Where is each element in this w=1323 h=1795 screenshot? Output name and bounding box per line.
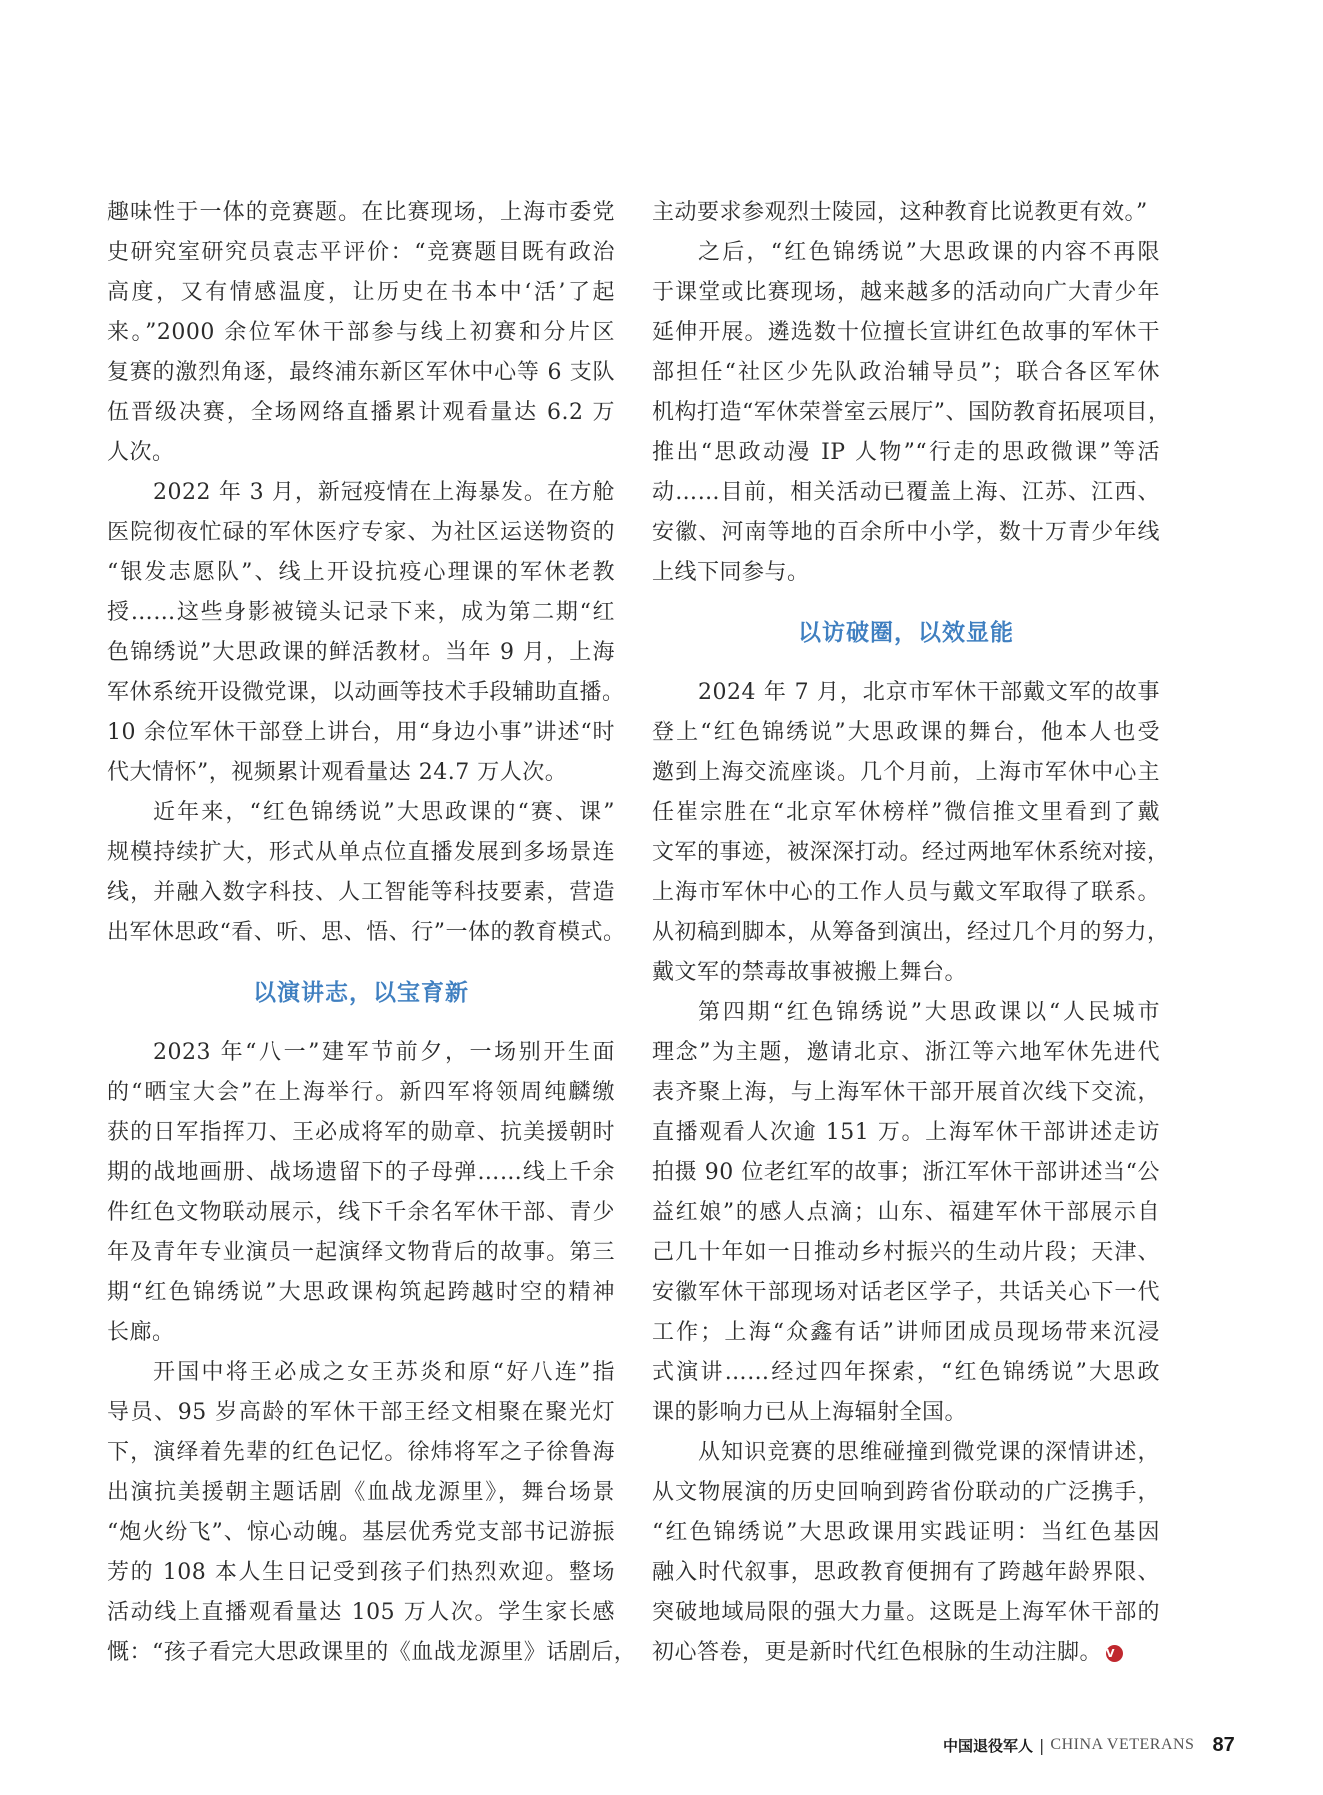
paragraph: 2022 年 3 月，新冠疫情在上海暴发。在方舱 医院彻夜忙碌的军休医疗专家、为… (107, 473, 615, 793)
text-line: 芳的 108 本人生日记受到孩子们热烈欢迎。整场 (107, 1553, 615, 1593)
paragraph: 第四期“红色锦绣说”大思政课以“人民城市 理念”为主题，邀请北京、浙江等六地军休… (652, 993, 1160, 1433)
section-heading: 以演讲志，以宝育新 (107, 973, 615, 1013)
text-line: 安徽军休干部现场对话老区学子，共话关心下一代 (652, 1273, 1160, 1313)
paragraph: 之后，“红色锦绣说”大思政课的内容不再限 于课堂或比赛现场，越来越多的活动向广大… (652, 233, 1160, 593)
text-line: 导员、95 岁高龄的军休干部王经文相聚在聚光灯 (107, 1393, 615, 1433)
text-line: “银发志愿队”、线上开设抗疫心理课的军休老教 (107, 553, 615, 593)
text-line: 规模持续扩大，形式从单点位直播发展到多场景连 (107, 833, 615, 873)
text-line: 医院彻夜忙碌的军休医疗专家、为社区运送物资的 (107, 513, 615, 553)
text-line: 上线下同参与。 (652, 553, 1160, 593)
text-line: 安徽、河南等地的百余所中小学，数十万青少年线 (652, 513, 1160, 553)
text-line: 年及青年专业演员一起演绎文物背后的故事。第三 (107, 1233, 615, 1273)
text-line: 初心答卷，更是新时代红色根脉的生动注脚。V (652, 1633, 1160, 1673)
text-line: 出军休思政“看、听、思、悟、行”一体的教育模式。 (107, 913, 615, 953)
text-line: 线，并融入数字科技、人工智能等科技要素，营造 (107, 873, 615, 913)
text-line: 延伸开展。遴选数十位擅长宣讲红色故事的军休干 (652, 313, 1160, 353)
magazine-title-cn: 中国退役军人 (943, 1735, 1033, 1756)
text-line: 从初稿到脚本，从筹备到演出，经过几个月的努力， (652, 913, 1160, 953)
text-line: 来。”2000 余位军休干部参与线上初赛和分片区 (107, 313, 615, 353)
text-line: 从文物展演的历史回响到跨省份联动的广泛携手， (652, 1473, 1160, 1513)
text-line: 复赛的激烈角逐，最终浦东新区军休中心等 6 支队 (107, 353, 615, 393)
page-number: 87 (1212, 1734, 1234, 1757)
text-line: 开国中将王必成之女王苏炎和原“好八连”指 (107, 1353, 615, 1393)
text-line: 于课堂或比赛现场，越来越多的活动向广大青少年 (652, 273, 1160, 313)
text-line: 拍摄 90 位老红军的故事；浙江军休干部讲述当“公 (652, 1153, 1160, 1193)
text-line: 动……目前，相关活动已覆盖上海、江苏、江西、 (652, 473, 1160, 513)
text-line: 伍晋级决赛，全场网络直播累计观看量达 6.2 万 (107, 393, 615, 433)
end-mark-icon: V (1106, 1645, 1123, 1662)
text-line: 工作；上海“众鑫有话”讲师团成员现场带来沉浸 (652, 1313, 1160, 1353)
section-heading: 以访破圈，以效显能 (652, 613, 1160, 653)
paragraph: 开国中将王必成之女王苏炎和原“好八连”指 导员、95 岁高龄的军休干部王经文相聚… (107, 1353, 615, 1673)
paragraph: 从知识竞赛的思维碰撞到微党课的深情讲述， 从文物展演的历史回响到跨省份联动的广泛… (652, 1433, 1160, 1673)
text-line: 理念”为主题，邀请北京、浙江等六地军休先进代 (652, 1033, 1160, 1073)
text-line: 获的日军指挥刀、王必成将军的勋章、抗美援朝时 (107, 1113, 615, 1153)
text-line: 机构打造“军休荣誉室云展厅”、国防教育拓展项目， (652, 393, 1160, 433)
text-line: 2022 年 3 月，新冠疫情在上海暴发。在方舱 (107, 473, 615, 513)
text-line: 登上“红色锦绣说”大思政课的舞台，他本人也受 (652, 713, 1160, 753)
text-line: “炮火纷飞”、惊心动魄。基层优秀党支部书记游振 (107, 1513, 615, 1553)
text-line: 期的战地画册、战场遗留下的子母弹……线上千余 (107, 1153, 615, 1193)
paragraph: 2023 年“八一”建军节前夕，一场别开生面 的“晒宝大会”在上海举行。新四军将… (107, 1033, 615, 1353)
text-line: 直播观看人次逾 151 万。上海军休干部讲述走访 (652, 1113, 1160, 1153)
text-line: 下，演绎着先辈的红色记忆。徐炜将军之子徐鲁海 (107, 1433, 615, 1473)
text-line: 益红娘”的感人点滴；山东、福建军休干部展示自 (652, 1193, 1160, 1233)
text-line: 的“晒宝大会”在上海举行。新四军将领周纯麟缴 (107, 1073, 615, 1113)
text-line: 推出“思政动漫 IP 人物”“行走的思政微课”等活 (652, 433, 1160, 473)
right-column: 主动要求参观烈士陵园，这种教育比说教更有效。” 之后，“红色锦绣说”大思政课的内… (652, 193, 1160, 1673)
text-line: 突破地域局限的强大力量。这既是上海军休干部的 (652, 1593, 1160, 1633)
text-line: 趣味性于一体的竞赛题。在比赛现场，上海市委党 (107, 193, 615, 233)
text-line: 2023 年“八一”建军节前夕，一场别开生面 (107, 1033, 615, 1073)
text-line: 代大情怀”，视频累计观看量达 24.7 万人次。 (107, 753, 615, 793)
text-line: 军休系统开设微党课，以动画等技术手段辅助直播。 (107, 673, 615, 713)
text-line: “红色锦绣说”大思政课用实践证明：当红色基因 (652, 1513, 1160, 1553)
page-footer: 中国退役军人 | CHINA VETERANS 87 (943, 1730, 1235, 1760)
text-line: 融入时代叙事，思政教育便拥有了跨越年龄界限、 (652, 1553, 1160, 1593)
text-line: 戴文军的禁毒故事被搬上舞台。 (652, 953, 1160, 993)
text-line: 活动线上直播观看量达 105 万人次。学生家长感 (107, 1593, 615, 1633)
paragraph: 主动要求参观烈士陵园，这种教育比说教更有效。” (652, 193, 1160, 233)
text-line: 任崔宗胜在“北京军休榜样”微信推文里看到了戴 (652, 793, 1160, 833)
text-line: 文军的事迹，被深深打动。经过两地军休系统对接， (652, 833, 1160, 873)
text-line: 期“红色锦绣说”大思政课构筑起跨越时空的精神 (107, 1273, 615, 1313)
text-line: 10 余位军休干部登上讲台，用“身边小事”讲述“时 (107, 713, 615, 753)
text-line: 史研究室研究员袁志平评价：“竞赛题目既有政治 (107, 233, 615, 273)
text-line: 慨：“孩子看完大思政课里的《血战龙源里》话剧后， (107, 1633, 615, 1673)
text-line: 近年来，“红色锦绣说”大思政课的“赛、课” (107, 793, 615, 833)
text-line: 人次。 (107, 433, 615, 473)
text-line: 色锦绣说”大思政课的鲜活教材。当年 9 月，上海 (107, 633, 615, 673)
text-line: 出演抗美援朝主题话剧《血战龙源里》，舞台场景 (107, 1473, 615, 1513)
text-line: 2024 年 7 月，北京市军休干部戴文军的故事 (652, 673, 1160, 713)
text-line: 第四期“红色锦绣说”大思政课以“人民城市 (652, 993, 1160, 1033)
text-line: 己几十年如一日推动乡村振兴的生动片段；天津、 (652, 1233, 1160, 1273)
text-line: 授……这些身影被镜头记录下来，成为第二期“红 (107, 593, 615, 633)
left-column: 趣味性于一体的竞赛题。在比赛现场，上海市委党 史研究室研究员袁志平评价：“竞赛题… (107, 193, 615, 1673)
text-line: 件红色文物联动展示，线下千余名军休干部、青少 (107, 1193, 615, 1233)
text-line: 式演讲……经过四年探索，“红色锦绣说”大思政 (652, 1353, 1160, 1393)
paragraph: 近年来，“红色锦绣说”大思政课的“赛、课” 规模持续扩大，形式从单点位直播发展到… (107, 793, 615, 953)
footer-separator: | (1039, 1736, 1044, 1755)
text-line: 部担任“社区少先队政治辅导员”；联合各区军休 (652, 353, 1160, 393)
text-line: 邀到上海交流座谈。几个月前，上海市军休中心主 (652, 753, 1160, 793)
text-line: 主动要求参观烈士陵园，这种教育比说教更有效。” (652, 193, 1160, 233)
paragraph: 趣味性于一体的竞赛题。在比赛现场，上海市委党 史研究室研究员袁志平评价：“竞赛题… (107, 193, 615, 473)
text-line: 课的影响力已从上海辐射全国。 (652, 1393, 1160, 1433)
text-line-content: 初心答卷，更是新时代红色根脉的生动注脚。 (652, 1640, 1102, 1665)
text-line: 之后，“红色锦绣说”大思政课的内容不再限 (652, 233, 1160, 273)
text-line: 长廊。 (107, 1313, 615, 1353)
paragraph: 2024 年 7 月，北京市军休干部戴文军的故事 登上“红色锦绣说”大思政课的舞… (652, 673, 1160, 993)
text-line: 上海市军休中心的工作人员与戴文军取得了联系。 (652, 873, 1160, 913)
text-line: 表齐聚上海，与上海军休干部开展首次线下交流， (652, 1073, 1160, 1113)
text-line: 高度，又有情感温度，让历史在书本中‘活’了起 (107, 273, 615, 313)
magazine-title-en: CHINA VETERANS (1050, 1736, 1194, 1754)
text-line: 从知识竞赛的思维碰撞到微党课的深情讲述， (652, 1433, 1160, 1473)
